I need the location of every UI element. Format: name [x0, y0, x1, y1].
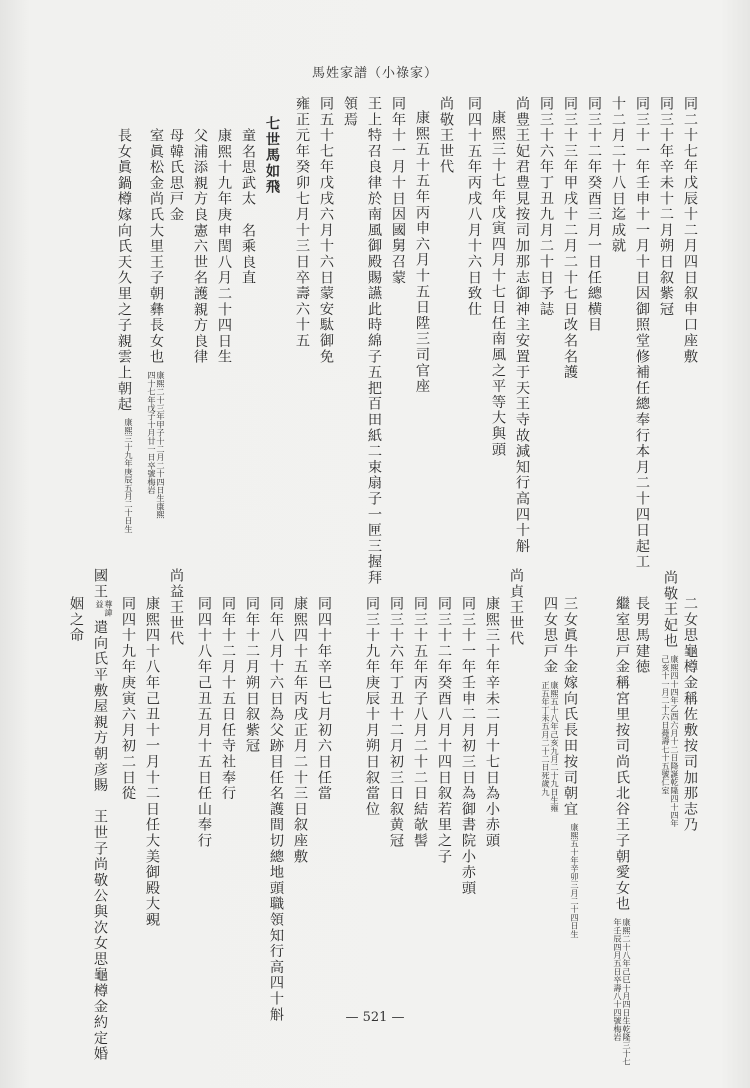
text-column: 同年十二月朔日叙紫冠 — [243, 596, 261, 754]
annotation-note: 康煕五十年辛卯三月二十四日生 — [569, 823, 579, 938]
text-column: 姻之命 — [67, 596, 85, 643]
text-column: 同年十一月十日因國舅召蒙 — [389, 96, 407, 286]
text-column: 同四十年辛巳七月初六日任當 — [315, 596, 333, 801]
text-column: 同四十八年己丑五月十五日任山奉行 — [195, 596, 213, 849]
text-column: 同三十九年庚辰十月朔日叙當位 — [363, 596, 381, 817]
text-column: 同三十六年丁丑十二月初三日叙黄冠 — [387, 596, 405, 849]
annotation-note: 康煕五十八年己亥九月二十九日生雍正五年丁未五月二十二日死歲九 — [541, 681, 559, 819]
column-text: 三女眞牛金嫁向氏長田按司朝宜 — [562, 596, 578, 817]
column-text: 同四十八年己丑五月十五日任山奉行 — [196, 596, 212, 849]
column-text: 同年十一月十日因國舅召蒙 — [390, 96, 406, 286]
column-text: 同年十二月朔日叙紫冠 — [244, 596, 260, 754]
document-page: 馬姓家譜（小祿家） 同二十七年戊辰十二月四日叙申口座敷同三十年辛未十二月朔日叙紫… — [0, 0, 750, 1088]
column-text: 同三十六年丁丑十二月初三日叙黄冠 — [388, 596, 404, 849]
column-text: 姻之命 — [68, 596, 84, 643]
text-column: 二女思龜樽金稱佐敷按司加那志乃 — [681, 596, 699, 833]
column-text: 康煕四十八年己丑十一月十二日任大美御殿大覡 — [144, 596, 160, 928]
column-text: 同三十九年庚辰十月朔日叙當位 — [364, 596, 380, 817]
text-column: 康煕十九年庚申閏八月二十四日生 — [215, 128, 233, 365]
column-text: 同三十一年壬申十一月十日因御照堂修補任總奉行本月二十四日起工 — [634, 96, 650, 570]
text-column: 同年十二月十五日任寺社奉行 — [219, 596, 237, 801]
column-text: 同三十六年丁丑九月二十日予誌 — [538, 96, 554, 317]
column-text: 康煕十九年庚申閏八月二十四日生 — [216, 128, 232, 365]
column-text: 同四十五年丙戌八月十六日致仕 — [466, 96, 482, 317]
text-column: 同三十二年癸酉八月十四日叙若里之子 — [435, 596, 453, 865]
column-text: 長男馬建徳 — [634, 596, 650, 675]
column-text: 同三十三年甲戌十二月二十七日改名名護 — [562, 96, 578, 380]
text-column: 同五十七年戊戌六月十六日蒙安駄御免 — [317, 96, 335, 365]
column-text: 康煕三十年辛未二月十七日為小赤頭 — [484, 596, 500, 849]
column-text: 同三十二年癸酉三月一日任總横目 — [586, 96, 602, 333]
column-text: 尚敬王世代 — [438, 96, 454, 175]
text-column: 康煕五十五年丙申六月十五日陞三司官座 — [413, 110, 431, 394]
text-column: 室眞松金尚氏大里王子朝彝長女也康煕二十三年甲子十二月二十四日生康煕四十七年戊子十… — [143, 128, 165, 523]
column-text: 二女思龜樽金稱佐敷按司加那志乃 — [682, 596, 698, 833]
column-text: 十二月二十八日迄成就 — [610, 96, 626, 254]
text-column: 同三十六年丁丑九月二十日予誌 — [537, 96, 555, 317]
column-text: 同四十年辛巳七月初六日任當 — [316, 596, 332, 801]
column-text: 同三十二年癸酉八月十四日叙若里之子 — [436, 596, 452, 865]
column-text: 同年八月十六日為父跡目任名護間切總地頭職領知行高四十斛 — [268, 596, 284, 1023]
text-column: 尚貞王世代 — [507, 568, 525, 647]
text-column: 十二月二十八日迄成就 — [609, 96, 627, 254]
column-text: 同五十七年戊戌六月十六日蒙安駄御免 — [318, 96, 334, 365]
column-text: 室眞松金尚氏大里王子朝彝長女也 — [148, 128, 164, 365]
text-column: 康煕三十七年戊寅四月十七日任南風之平等大與頭 — [489, 110, 507, 458]
annotation-note: 康煕二十八年己巳十月四日生乾隆三十七年壬辰四月五日卒壽八十四號梅岩 — [613, 918, 631, 1070]
generation-heading: 七世馬如飛 — [263, 116, 281, 195]
column-text: 尚豊王妃君豊見按司加那志御神主安置于天王寺故減知行高四十斛 — [514, 96, 530, 554]
text-column: 父浦添親方良憲六世名護親方良律 — [191, 128, 209, 365]
column-text: 康煕五十五年丙申六月十五日陞三司官座 — [414, 110, 430, 394]
column-text: 四女思戸金 — [542, 596, 558, 675]
column-text: 康煕三十七年戊寅四月十七日任南風之平等大與頭 — [490, 110, 506, 458]
text-column: 四女思戸金康煕五十八年己亥九月二十九日生雍正五年丁未五月二十二日死歲九 — [537, 596, 559, 819]
text-column: 同三十二年癸酉三月一日任總横目 — [585, 96, 603, 333]
page-header-title: 馬姓家譜（小祿家） — [0, 62, 750, 81]
text-column: 國王尊諱益遣向氏平敷屋親方朝彦賜 王世子尚敬公與次女思龜樽金約定婚 — [91, 568, 113, 1062]
column-text: 同年十二月十五日任寺社奉行 — [220, 596, 236, 801]
text-column: 長女眞鍋樽嫁向氏天久里之子親雲上朝起康煕三十九年庚辰五月二十日生 — [115, 128, 133, 533]
text-column: 同三十一年壬申十一月十日因御照堂修補任總奉行本月二十四日起工 — [633, 96, 651, 570]
text-column: 同二十七年戊辰十二月四日叙申口座敷 — [681, 96, 699, 365]
column-text: 同二十七年戊辰十二月四日叙申口座敷 — [682, 96, 698, 365]
text-column: 同三十年辛未十二月朔日叙紫冠 — [657, 96, 675, 317]
column-text: 國王 — [92, 568, 108, 600]
column-text: 童名思武太 名乘良直 — [240, 128, 256, 286]
column-text: 王上特召良律於南風御殿賜讌此時綿子五把百田紙二束扇子一匣三握拜 — [366, 96, 382, 586]
column-text: 同三十五年丙子八月二十二日結欹髻 — [412, 596, 428, 849]
column-text: 同四十九年庚寅六月初二日從 — [120, 596, 136, 801]
text-column: 尚敬王世代 — [437, 96, 455, 175]
text-column: 尚益王世代 — [167, 568, 185, 647]
text-column: 同年八月十六日為父跡目任名護間切總地頭職領知行高四十斛 — [267, 596, 285, 1023]
text-column: 繼室思戸金稱宮里按司尚氏北谷王子朝愛女也康煕二十八年己巳十月四日生乾隆三十七年壬… — [609, 596, 631, 1070]
text-column: 雍正元年癸卯七月十三日卒壽六十五 — [293, 96, 311, 349]
annotation-note: 康煕四十四年乙酉六月十二日降誕乾隆四十四年己亥十一月二十六日薨壽七十五號仁室 — [661, 655, 679, 830]
text-column: 王上特召良律於南風御殿賜讌此時綿子五把百田紙二束扇子一匣三握拜 — [365, 96, 383, 586]
column-text: 尚貞王世代 — [508, 568, 524, 647]
column-text-continued: 遣向氏平敷屋親方朝彦賜 王世子尚敬公與次女思龜樽金約定婚 — [92, 620, 108, 1062]
text-column: 同三十五年丙子八月二十二日結欹髻 — [411, 596, 429, 849]
text-column: 長男馬建徳 — [633, 596, 651, 675]
text-column: 同三十三年甲戌十二月二十七日改名名護 — [561, 96, 579, 380]
column-text: 領焉 — [342, 96, 358, 128]
column-text: 繼室思戸金稱宮里按司尚氏北谷王子朝愛女也 — [614, 596, 630, 912]
text-column: 童名思武太 名乘良直 — [239, 128, 257, 286]
column-text: 長女眞鍋樽嫁向氏天久里之子親雲上朝起 — [116, 128, 132, 412]
column-text: 尚益王世代 — [168, 568, 184, 647]
text-column: 康煕三十年辛未二月十七日為小赤頭 — [483, 596, 501, 849]
honorific-note: 尊諱益 — [95, 600, 113, 620]
column-text: 母韓氏思戸金 — [168, 128, 184, 223]
text-column: 同四十九年庚寅六月初二日從 — [119, 596, 137, 801]
text-column: 同三十一年壬申二月初三日為御書院小赤頭 — [459, 596, 477, 896]
text-column: 尚敬王妃也康煕四十四年乙酉六月十二日降誕乾隆四十四年己亥十一月二十六日薨壽七十五… — [657, 570, 679, 830]
column-text: 七世馬如飛 — [264, 116, 280, 195]
column-text: 康煕四十五年丙戌正月二十三日叙座敷 — [292, 596, 308, 865]
text-column: 尚豊王妃君豊見按司加那志御神主安置于天王寺故減知行高四十斛 — [513, 96, 531, 554]
column-text: 父浦添親方良憲六世名護親方良律 — [192, 128, 208, 365]
text-column: 同四十五年丙戌八月十六日致仕 — [465, 96, 483, 317]
column-text: 同三十一年壬申二月初三日為御書院小赤頭 — [460, 596, 476, 896]
column-text: 尚敬王妃也 — [662, 570, 678, 649]
text-column: 康煕四十八年己丑十一月十二日任大美御殿大覡 — [143, 596, 161, 928]
column-text: 同三十年辛未十二月朔日叙紫冠 — [658, 96, 674, 317]
column-text: 雍正元年癸卯七月十三日卒壽六十五 — [294, 96, 310, 349]
annotation-note: 康煕三十九年庚辰五月二十日生 — [123, 418, 133, 533]
annotation-note: 康煕二十三年甲子十二月二十四日生康煕四十七年戊子十月廿一日卒號梅岩 — [147, 371, 165, 523]
text-column: 母韓氏思戸金 — [167, 128, 185, 223]
text-column: 三女眞牛金嫁向氏長田按司朝宜康煕五十年辛卯三月二十四日生 — [561, 596, 579, 938]
text-column: 領焉 — [341, 96, 359, 128]
text-column: 康煕四十五年丙戌正月二十三日叙座敷 — [291, 596, 309, 865]
page-number: — 521 — — [0, 1010, 750, 1025]
